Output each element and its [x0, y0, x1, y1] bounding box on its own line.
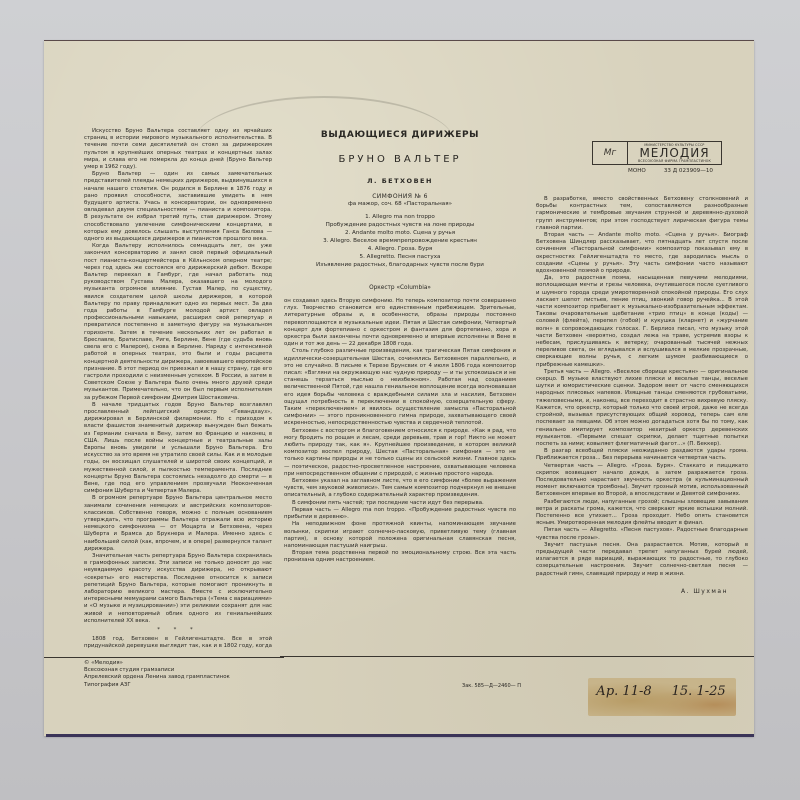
album-header: ВЫДАЮЩИЕСЯ ДИРИЖЕРЫ БРУНО ВАЛЬТЕР Л. БЕТ… [284, 128, 516, 291]
melodiya-emblem-icon: Мг [593, 142, 628, 164]
sticker-price: 15. 1-25 [672, 684, 726, 699]
sleeve-edge [46, 734, 754, 737]
performer-name: БРУНО ВАЛЬТЕР [284, 154, 516, 165]
paragraph: Бруно Вальтер — один из самых замечатель… [84, 171, 272, 243]
paragraph: Разбегаются люди, напуганные грозой; слы… [536, 499, 748, 528]
paragraph: Бетховен указал на заглавном листе, что … [284, 478, 516, 500]
logo-brand: МЕЛОДИЯ [639, 147, 709, 159]
divider [280, 656, 754, 657]
credit-line: © «Мелодия» [84, 660, 230, 667]
format-label: МОНО [628, 168, 646, 174]
paragraph: Когда Вальтеру исполнилось семнадцать ле… [84, 243, 272, 401]
paragraph: Пятая часть — Allegretto. «Песня пастухо… [536, 527, 748, 541]
movement-item: 4. Allegro. Гроза. Буря [284, 245, 516, 253]
movement-item: 1. Allegro ma non troppo [284, 213, 516, 221]
credit-line: Типография АЗГ [84, 682, 230, 689]
paragraph: Третья часть — Allegro. «Веселое сборище… [536, 369, 748, 448]
order-number: Зак. 585—Д—2460— П [462, 683, 521, 689]
paragraph: На неподвижном фоне протяжной квинты, на… [284, 521, 516, 550]
paragraph: Вторая часть — Andante molto moto. «Сцен… [536, 232, 748, 275]
paragraph: он создавал здесь Вторую симфонию. Но те… [284, 298, 516, 348]
sticker-article: Ар. 11-8 [596, 684, 652, 699]
movement-item: Пробуждение радостных чувств на лоне при… [284, 221, 516, 229]
section-separator: * * * [84, 627, 272, 634]
paragraph: Столь глубоко различные произведения, ка… [284, 348, 516, 427]
catalog-info: МОНО 33 Д 023909—10 [628, 168, 713, 174]
movement-item: 5. Allegretto. Песня пастуха [284, 253, 516, 261]
work-subtitle: фа мажор, соч. 68 «Пасторальная» [284, 201, 516, 207]
paragraph: Четвертая часть — Allegro. «Гроза. Буря»… [536, 463, 748, 499]
paragraph: Да, это радостная поэма, насыщенная певу… [536, 275, 748, 369]
notes-right-column: В разработке, вместо свойственных Бетхов… [536, 196, 748, 595]
price-sticker: Ар. 11-8 15. 1-25 [588, 678, 736, 716]
orchestra-credit: Оркестр «Columbia» [284, 285, 516, 291]
credit-line: Апрелевский ордена Ленина завод грамплас… [84, 674, 230, 681]
divider [44, 657, 284, 658]
paragraph: Звучит пастушья песня. Она разрастается.… [536, 542, 748, 578]
work-title: СИМФОНИЯ № 6 [284, 193, 516, 200]
paragraph: 1808 год. Бетховен в Гейлигенштадте. Все… [84, 636, 272, 650]
catalog-number: 33 Д 023909—10 [664, 168, 713, 174]
author-signature: А. Шухман [536, 588, 748, 595]
paragraph: Бетховен с восторгом и благоговением отн… [284, 428, 516, 478]
notes-middle-column: он создавал здесь Вторую симфонию. Но те… [284, 298, 516, 565]
paragraph: В огромном репертуаре Бруно Вальтера цен… [84, 495, 272, 553]
composer-name: Л. БЕТХОВЕН [284, 177, 516, 185]
logo-text: МИНИСТЕРСТВО КУЛЬТУРЫ СССР МЕЛОДИЯ ВСЕСО… [628, 142, 721, 164]
paragraph: В разгар всеобщей пляски неожиданно разд… [536, 448, 748, 462]
paragraph: В начале тридцатых годов Бруно Вальтер в… [84, 402, 272, 496]
paragraph: В разработке, вместо свойственных Бетхов… [536, 196, 748, 232]
series-title: ВЫДАЮЩИЕСЯ ДИРИЖЕРЫ [284, 130, 516, 140]
biography-column: Искусство Бруно Вальтера составляет одну… [84, 128, 272, 651]
paragraph: Вторая тема родственна первой по эмоцион… [284, 550, 516, 564]
movement-item: 2. Andante molto moto. Сцена у ручья [284, 229, 516, 237]
melodiya-logo: Мг МИНИСТЕРСТВО КУЛЬТУРЫ СССР МЕЛОДИЯ ВС… [592, 141, 722, 165]
movement-item: 3. Allegro. Веселое времяпрепровождение … [284, 237, 516, 245]
paragraph: Значительная часть репертуара Бруно Валь… [84, 553, 272, 625]
movement-item: Изъявление радостных, благодарных чувств… [284, 261, 516, 269]
sticker-handwriting: Ар. 11-8 15. 1-25 [596, 684, 726, 699]
paragraph: Искусство Бруно Вальтера составляет одну… [84, 128, 272, 171]
production-credits: © «Мелодия» Всесоюзная студия грамзаписи… [84, 660, 230, 689]
paragraph: В симфонии пять частей; три последние ча… [284, 500, 516, 507]
movement-list: 1. Allegro ma non troppo Пробуждение рад… [284, 213, 516, 269]
logo-company: ВСЕСОЮЗНАЯ ФИРМА ГРАМПЛАСТИНОК [638, 159, 711, 163]
paragraph: Первая часть — Allegro ma non troppo. «П… [284, 507, 516, 521]
